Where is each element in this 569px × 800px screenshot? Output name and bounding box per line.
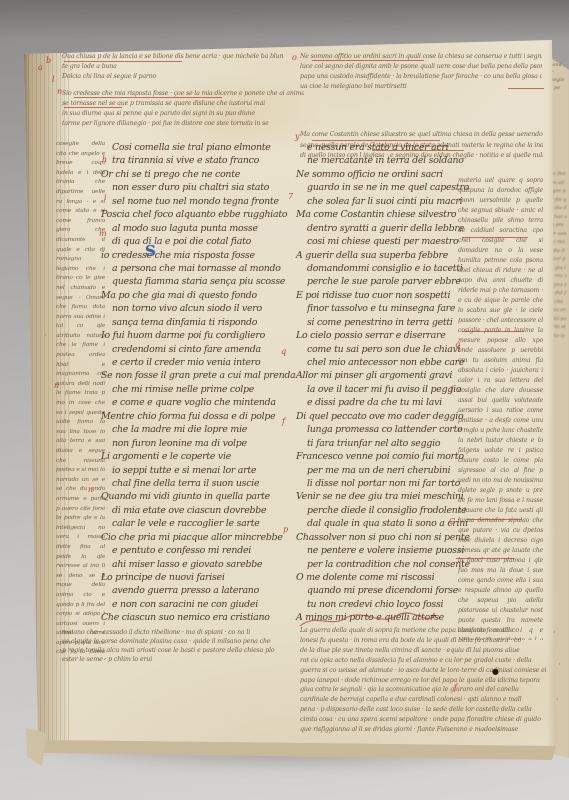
gloss-line: cardinale de berruigi capella e due card… [300,695,546,705]
verse-line: e dissi padre da che tu mi lavi [307,396,493,409]
gloss-line: papa una custodo insuffidente · la breui… [300,72,542,82]
verse-column-left: Cosi comella sie tral piano elmontetra t… [112,141,298,625]
verse-line: come tu sai pero son due le chiavi [307,343,493,356]
gloss-top-left-a: Oua chiusa p de la lancia e se bilione d… [62,52,294,82]
manuscript-photo: la bona mer cossegle fine pe me chi fmt … [0,0,569,800]
verse-line: Venir se ne dee giu tra miei meschini [296,490,493,503]
verse-line: avendo guerra presso a laterano [112,584,298,597]
verse-line: questa fiamma staria sença piu scosse [112,275,298,288]
verse-line: calar le vele e raccoglier le sarte [112,517,298,530]
gloss-top-right-a: Ne sommo offitio ue ordini sacri in qual… [300,52,542,92]
verse-line: E poi ridisse tuo cuor non sospetti [296,289,493,302]
gloss-line: La guerra della quale di sopra fa metion… [300,626,546,636]
verse-line: quando mi prese dicendomi forse [307,584,493,597]
gloss-line: que risfiggianna al li se dridas giorni … [300,725,546,735]
gloss-line: ua cioe la melegiano bel martirsetti [300,82,542,92]
verse-line: Li argomenti e le coperte vie [101,450,298,463]
gloss-line: Oua chiusa p de la lancia e se bilione d… [62,52,294,62]
verse-line: Lo cielo possio serrar e diserrare [296,329,493,342]
verse-line: e certo il creder mio venia intero [112,356,298,369]
verse-line: e non con saracini ne con giudei [112,598,298,611]
gloss-line: rat cu opia acto nella dissidecia fu el … [300,656,546,666]
verse-line: A guerir della sua superba febbre [296,249,493,262]
verse-line: sança tema dinfamia ti rispondo [112,316,298,329]
verse-line: tra tirannia si vive e stato franco [112,154,298,167]
verse-line: ne pentere e volere insieme puossi [307,544,493,557]
verse-line: Di quel peccato ove mo cader deggio [296,410,493,423]
verse-line: finor tassolvo e tu minsegna fare [307,302,493,315]
verse-line: guardo in se ne in me quel capestro [307,181,493,194]
gloss-line: ve alquite le corse dominate plasina cas… [62,637,314,646]
gloss-line: se tornasse nel se aue p tramissia se qu… [62,99,304,109]
verse-line: e come e quare voglio che mintenda [112,396,298,409]
verse-line: Se non fosse il gran prete a cui mal pre… [101,369,298,382]
verse-line: non torno vivo alcun siodo il vero [112,302,298,315]
verse-line: a persona che mai tornasse al mondo [112,262,298,275]
verse-line: perche diede il consiglio frodolente [307,504,493,517]
gloss-line: giua cotra le segnali · qia la scomunica… [300,685,546,695]
gloss-line: lonesi fu questa · in roma era da bode d… [300,636,546,646]
gloss-line: luce col segno del dignita amb le psone … [300,62,542,72]
verse-line: ahi miser lasso e giovato sarebbe [112,558,298,571]
verse-line: la ove il tacer mi fu aviso il peggio [307,383,493,396]
verse-line: domandommi consiglio e io tacetti [307,262,493,275]
verse-line: chel mio antecessor non ebbe care [307,356,493,369]
verse-line: perche le sue parole parver ebbre [307,275,493,288]
gloss-line: papa ianepoi · dode richimoe errego re l… [300,676,546,686]
verse-line: lunga promessa co lattender corto [307,423,493,436]
gloss-line: p regio tomila alcu mati ariosti cose le… [62,646,314,655]
verse-line: Chassolver non si puo chi non si pente [296,531,493,544]
gloss-line: te gra lode a buna [62,62,294,72]
verse-line: dentro syratti a guerir della lebbre [307,222,493,235]
verse-line: credendomi si cinto fare amenda [112,343,298,356]
verse-line: ti fara triunfar nel alto seggio [307,437,493,450]
verse-line: O me dolente come mi riscossi [296,571,493,584]
gloss-line: Dolcia chi lina el segue il parno [62,72,294,82]
gloss-line: Sio credesse che mia risposta fosse · ço… [62,89,304,99]
verse-line: chal fine della terra il suon uscie [112,477,298,490]
verse-line: di qua di la e poi die cotal fiato [112,235,298,248]
verse-line: al modo suo laguta punta mosse [112,222,298,235]
verse-line: per la contradition che nol consente [307,558,493,571]
verse-line: li disse nol portar non mi far torto [307,477,493,490]
gloss-line: Ne sommo offitio ue ordini sacri in qual… [300,52,542,62]
verse-line: io credesse che mia risposta fosse [101,249,298,262]
verse-line: non furon leonine ma di volpe [112,437,298,450]
verse-line: che la madre mi die lopre mie [112,423,298,436]
verse-line: Ne sommo officio ne ordini sacri [296,168,493,181]
verse-line: di mia etate ove ciascun dovrebbe [112,504,298,517]
verse-line: io seppi tutte e si menai lor arte [112,464,298,477]
verse-line: non esser duro piu chaltri sia stato [112,181,298,194]
verse-line: ne mercatante in terra del soldano [307,154,493,167]
verse-line: Allor mi pinser gli argomenti gravi [296,369,493,382]
margin-commentary-left: coseglie della cita che angelo e breue c… [56,140,105,660]
verse-line: Quando mi vidi giunto in quella parte [101,490,298,503]
verse-line: e nessun era stato a vincer acri [307,141,493,154]
bottom-commentary-right: La guerra della quale di sopra fa metion… [300,626,546,735]
verse-line: Cio che pria mi piacque allor mincrebbe [101,531,298,544]
gloss-line: maiano che · cessado il dicto ribellione… [62,628,314,637]
gloss-line: in sua diurne qua si penne qui e paruto … [62,109,304,119]
gloss-line: ester le seme · p chlim lo erui [62,655,314,664]
verse-line: dal quale in qua stato li sono a crini [307,517,493,530]
gloss-line: tarme per lignore dilianegio · poi fue i… [62,119,304,129]
verse-line: Poscia chel foco alquanto ebbe rugghiato [101,208,298,221]
gloss-line: cimta cosa · cu una spera scemi sepoltor… [300,715,546,725]
verse-line: per me ma un de neri cherubini [307,464,493,477]
verse-line: Lo principe de nuovi farisei [101,571,298,584]
gloss-line: pena · p dispesario delle cast loco suis… [300,705,546,715]
gloss-line: guerra si co ueisse ad alamate · io asco… [300,666,546,676]
verse-line: Ma po che gia mai di questo fondo [101,289,298,302]
bottom-commentary-left: maiano che · cessado il dicto ribellione… [62,628,314,664]
verse-column-right: e nessun era stato a vincer acrine merca… [307,141,493,625]
verse-line: Io fui huom darme poi fu cordigliero [101,329,298,342]
verse-line: sel nome tuo nel mondo tegna fronte [112,195,298,208]
verse-line: che mi rimise nelle prime colpe [112,383,298,396]
verse-line: cosi mi chiese questi per maestro [307,235,493,248]
verse-line: che solea far li suoi cinti piu macri [307,195,493,208]
gloss-line: Ma come Costantin chiese siluestro se qu… [300,130,543,141]
verse-line: Mentre chio forma fui dossa e di polpe [101,410,298,423]
gloss-line: de la diue ple sue tineta nella cimina d… [300,646,546,656]
verse-line: si come penestrino in terra getti [307,316,493,329]
verse-line: Ma come Costantin chiese silvestro [296,208,493,221]
verse-line: Francesco venne poi comio fui morto [296,450,493,463]
verse-line: e pentuto e confesso mi rendei [112,544,298,557]
verse-line: Cosi comella sie tral piano elmonte [112,141,298,154]
verse-line: Che ciascun suo nemico era cristiano [101,611,298,624]
gloss-top-left-b: Sio credesse che mia risposta fosse · ço… [62,89,304,129]
verse-line: Or chi se ti prego che ne conte [101,168,298,181]
